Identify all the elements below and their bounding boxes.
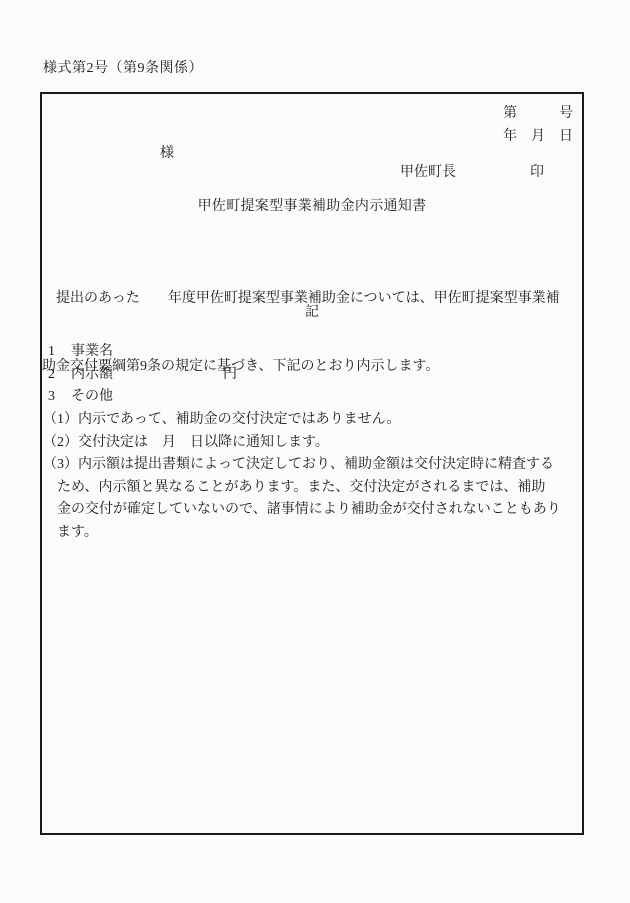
note-line: ため、内示額と異なることがあります。また、交付決定がされるまでは、補助 [43, 477, 583, 500]
note-line: （1）内示であって、補助金の交付決定ではありません。 [43, 409, 583, 432]
note: （2）交付決定は 月 日以降に通知します。 [43, 432, 583, 455]
record-marker: 記 [42, 302, 582, 325]
notes-list: （1）内示であって、補助金の交付決定ではありません。（2）交付決定は 月 日以降… [43, 409, 583, 544]
item-number: 1 [48, 341, 71, 364]
form-style-label: 様式第2号（第9条関係） [43, 58, 203, 81]
item-number: 2 [48, 364, 71, 387]
item-row: 2内示額円 [42, 364, 582, 387]
items-list: 1事業名2内示額円3その他 [42, 341, 582, 409]
addressee-honorific: 様 [160, 143, 174, 166]
item-label: 事業名 [71, 344, 113, 359]
note-line: ます。 [43, 522, 583, 545]
item-label: 内示額 [71, 367, 113, 382]
note-line: （2）交付決定は 月 日以降に通知します。 [43, 432, 583, 455]
document-title: 甲佐町提案型事業補助金内示通知書 [42, 196, 582, 219]
sender-line: 甲佐町長印 [400, 162, 544, 185]
item-label: その他 [71, 389, 113, 404]
document-page: 様式第2号（第9条関係） 第 号 年 月 日 様 甲佐町長印 甲佐町提案型事業補… [0, 0, 630, 903]
item-unit-label: 円 [223, 367, 237, 382]
note-line: 金の交付が確定していないので、諸事情により補助金が交付されないこともあり [43, 499, 583, 522]
sender-title: 甲佐町長 [400, 165, 456, 180]
doc-number-line: 第 号 [503, 103, 573, 126]
note: （3）内示額は提出書類によって決定しており、補助金額は交付決定時に精査するため、… [43, 454, 583, 544]
note: （1）内示であって、補助金の交付決定ではありません。 [43, 409, 583, 432]
seal-placeholder: 印 [530, 165, 544, 180]
doc-date-line: 年 月 日 [503, 126, 573, 149]
note-line: （3）内示額は提出書類によって決定しており、補助金額は交付決定時に精査する [43, 454, 583, 477]
doc-number-block: 第 号 年 月 日 [503, 103, 573, 148]
item-number: 3 [48, 386, 71, 409]
document-border-box: 第 号 年 月 日 様 甲佐町長印 甲佐町提案型事業補助金内示通知書 提出のあっ… [40, 92, 584, 835]
item-row: 3その他 [42, 386, 582, 409]
item-row: 1事業名 [42, 341, 582, 364]
